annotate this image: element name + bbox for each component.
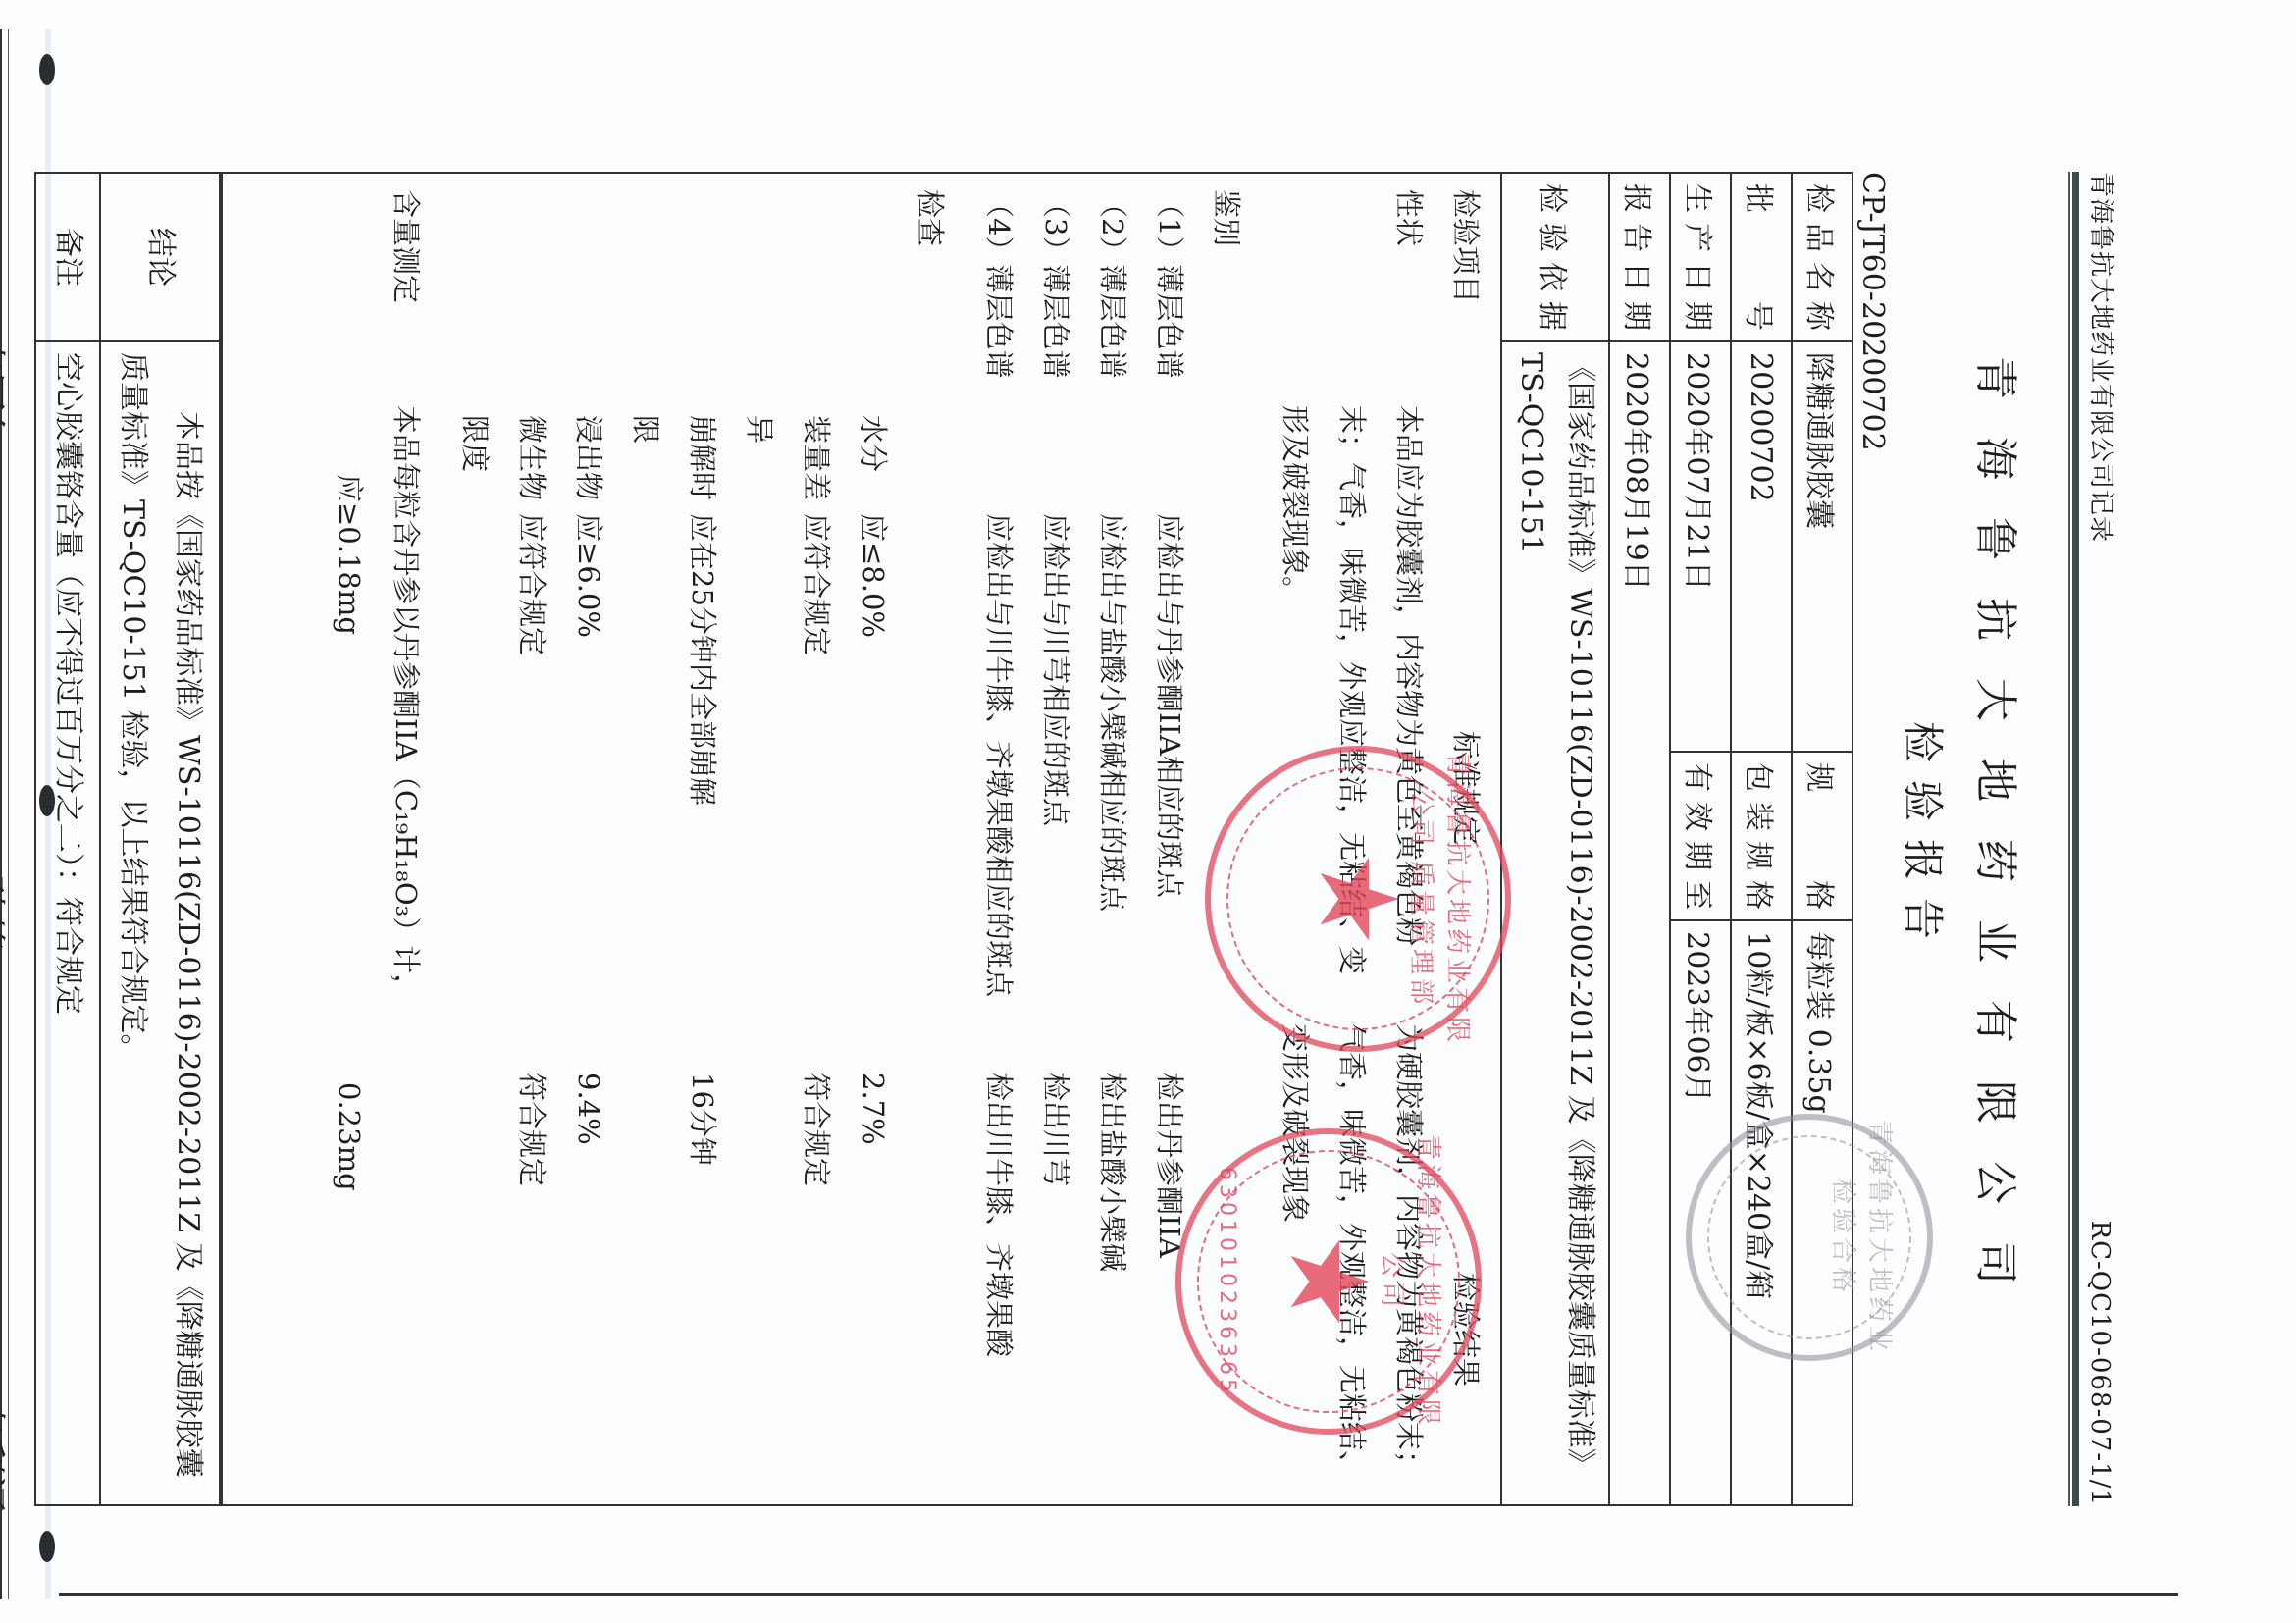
identification-list: （1）薄层色谱应检出与丹参酮IIA相应的斑点检出丹参酮IIA（2）薄层色谱应检出…: [970, 189, 1198, 1489]
inspection-item-standard: 应符合规定: [446, 513, 560, 1033]
inspection-item-result: 16分钟: [617, 1033, 731, 1489]
inspection-row: 崩解时限应在25分钟内全部崩解16分钟: [617, 189, 731, 1489]
identification-row: （4）薄层色谱应检出与川牛膝、齐墩果酸相应的斑点检出川牛膝、齐墩果酸: [970, 189, 1027, 1489]
header-rule: [2070, 172, 2079, 1506]
signature-row: QC主任： 李国仁 复核人： 孙峰 报告人： 李利涵: [0, 172, 17, 1506]
inspection-item-result: 符合规定: [731, 1033, 845, 1489]
assay-values-row: 应≥0.18mg 0.23mg: [321, 189, 378, 1489]
report-date-label: 报告日期: [1609, 173, 1670, 341]
scan-border-line: [59, 1593, 2178, 1596]
assay-row: 含量测定 本品每粒含丹参以丹参酮IIA（C₁₉H₁₈O₃）计，: [378, 189, 435, 1489]
reporter-label: 报告人：: [0, 1253, 2, 1379]
identification-label: 鉴别: [1198, 189, 1255, 405]
inspection-item-result: 2.7%: [845, 1033, 902, 1489]
quality-dept-stamp: 青海鲁抗大地药业有限公司 质量管理部 ★: [1205, 746, 1511, 1052]
inspection-basis: 《国家药品标准》WS-10116(ZD-0116)-2002-2011Z 及《降…: [1501, 341, 1609, 1505]
inspection-item-result: 符合规定: [446, 1033, 560, 1489]
identification-item-result: 检出盐酸小檗碱: [1084, 1033, 1141, 1489]
basis-label: 检验依据: [1501, 173, 1609, 341]
reviewer-signature: 复核人： 孙峰: [0, 616, 17, 1061]
batch-value: 20200702: [1731, 341, 1792, 752]
production-date: 2020年07月21日: [1670, 341, 1731, 752]
col-item-header: 检验项目: [1437, 189, 1494, 405]
inspection-item-standard: 应≥6.0%: [560, 513, 617, 1033]
qc-pass-stamp: 青海鲁抗大地药业 检验合格: [1686, 1114, 1933, 1361]
company-seal-stamp: 青海鲁抗大地药业有限公司 ★ 6301010236365: [1175, 1128, 1482, 1435]
inspection-item-standard: 应在25分钟内全部崩解: [617, 513, 731, 1033]
qc-director-signature: QC主任： 李国仁: [0, 172, 17, 616]
identification-item-name: （3）薄层色谱: [1027, 189, 1084, 513]
conclusion-text: 本品按《国家药品标准》WS-10116(ZD-0116)-2002-2011Z …: [100, 341, 220, 1505]
identification-row: （3）薄层色谱应检出与川芎相应的斑点检出川芎: [1027, 189, 1084, 1489]
identification-row: （2）薄层色谱应检出与盐酸小檗碱相应的斑点检出盐酸小檗碱: [1084, 189, 1141, 1489]
inspection-item-standard: 应符合规定: [731, 513, 845, 1033]
reporter-signature: 报告人： 李利涵: [0, 1062, 17, 1506]
inspection-row: 水分应≤8.0%2.7%: [845, 189, 902, 1489]
inspection-row: 浸出物应≥6.0%9.4%: [560, 189, 617, 1489]
qc-label: QC主任：: [0, 172, 2, 316]
qc-signature: 李国仁: [0, 326, 8, 444]
assay-label: 含量测定: [378, 189, 435, 405]
identification-item-standard: 应检出与盐酸小檗碱相应的斑点: [1084, 513, 1141, 1033]
record-header: 青海鲁抗大地药业有限公司记录 RC-QC10-068-07-1/1: [2085, 172, 2124, 1506]
qc-stamp-text: 青海鲁抗大地药业 检验合格: [1827, 1120, 1900, 1355]
inspection-item-name: 崩解时限: [617, 189, 731, 513]
identification-item-name: （1）薄层色谱: [1141, 189, 1198, 513]
product-name-label: 检品名称: [1792, 173, 1852, 341]
form-code: RC-QC10-068-07-1/1: [2085, 1221, 2114, 1506]
record-source: 青海鲁抗大地药业有限公司记录: [2085, 172, 2121, 543]
punch-hole-icon: [39, 1531, 55, 1562]
identification-item-result: 检出川牛膝、齐墩果酸: [970, 1033, 1027, 1489]
inspection-row: 微生物限度应符合规定符合规定: [446, 189, 560, 1489]
appearance-label: 性状: [1267, 189, 1437, 405]
identification-item-standard: 应检出与川牛膝、齐墩果酸相应的斑点: [970, 513, 1027, 1033]
identification-item-standard: 应检出与川芎相应的斑点: [1027, 513, 1084, 1033]
inspection-list: 水分应≤8.0%2.7%装量差异应符合规定符合规定崩解时限应在25分钟内全部崩解…: [446, 189, 902, 1489]
product-name: 降糖通脉胶囊: [1792, 341, 1852, 752]
package-label: 包装规格: [1731, 752, 1792, 920]
production-date-label: 生产日期: [1670, 173, 1731, 341]
expiry-label: 有效期至: [1670, 752, 1731, 920]
reviewer-sig: 孙峰: [0, 867, 8, 946]
inspection-item-name: 水分: [845, 189, 902, 513]
batch-label: 批 号: [1731, 173, 1792, 341]
punch-hole-icon: [39, 54, 55, 85]
remarks-label: 备注: [35, 173, 100, 341]
identification-item-name: （4）薄层色谱: [970, 189, 1027, 513]
conclusion-table: 结论 本品按《国家药品标准》WS-10116(ZD-0116)-2002-201…: [34, 172, 221, 1506]
assay-result: 0.23mg: [321, 1023, 378, 1489]
remarks-text: 空心胶囊铬含量（应不得过百万分之二）：符合规定: [35, 341, 100, 1505]
inspection-item-name: 装量差异: [731, 189, 845, 513]
company-name: 青海鲁抗大地药业有限公司: [1968, 172, 2031, 1506]
company-seal-text: 青海鲁抗大地药业有限公司: [1376, 1134, 1448, 1429]
identification-item-standard: 应检出与丹参酮IIA相应的斑点: [1141, 513, 1198, 1033]
identification-item-result: 检出川芎: [1027, 1033, 1084, 1489]
report-date: 2020年08月19日: [1609, 341, 1670, 1505]
inspection-label: 检查: [902, 189, 959, 405]
inspection-item-name: 浸出物: [560, 189, 617, 513]
quality-stamp-text: 青海鲁抗大地药业有限公司 质量管理部: [1405, 752, 1478, 1046]
inspection-item-name: 微生物限度: [446, 189, 560, 513]
inspection-item-result: 9.4%: [560, 1033, 617, 1489]
assay-standard-line2: 应≥0.18mg: [321, 405, 378, 1023]
company-seal-number: 6301010236365: [1215, 1134, 1239, 1429]
assay-standard-line1: 本品每粒含丹参以丹参酮IIA（C₁₉H₁₈O₃）计，: [378, 405, 435, 1489]
conclusion-label: 结论: [100, 173, 220, 341]
reviewer-label: 复核人：: [0, 732, 2, 858]
inspection-row: 装量差异应符合规定符合规定: [731, 189, 845, 1489]
inspection-report-page: 青海鲁抗大地药业有限公司记录 RC-QC10-068-07-1/1 青海鲁抗大地…: [329, 172, 2124, 1506]
identification-item-name: （2）薄层色谱: [1084, 189, 1141, 513]
inspection-item-standard: 应≤8.0%: [845, 513, 902, 1033]
inspection-header: 检查: [902, 189, 959, 1489]
spec-label: 规 格: [1792, 752, 1852, 920]
reporter-sig: 李利涵: [0, 1388, 8, 1506]
